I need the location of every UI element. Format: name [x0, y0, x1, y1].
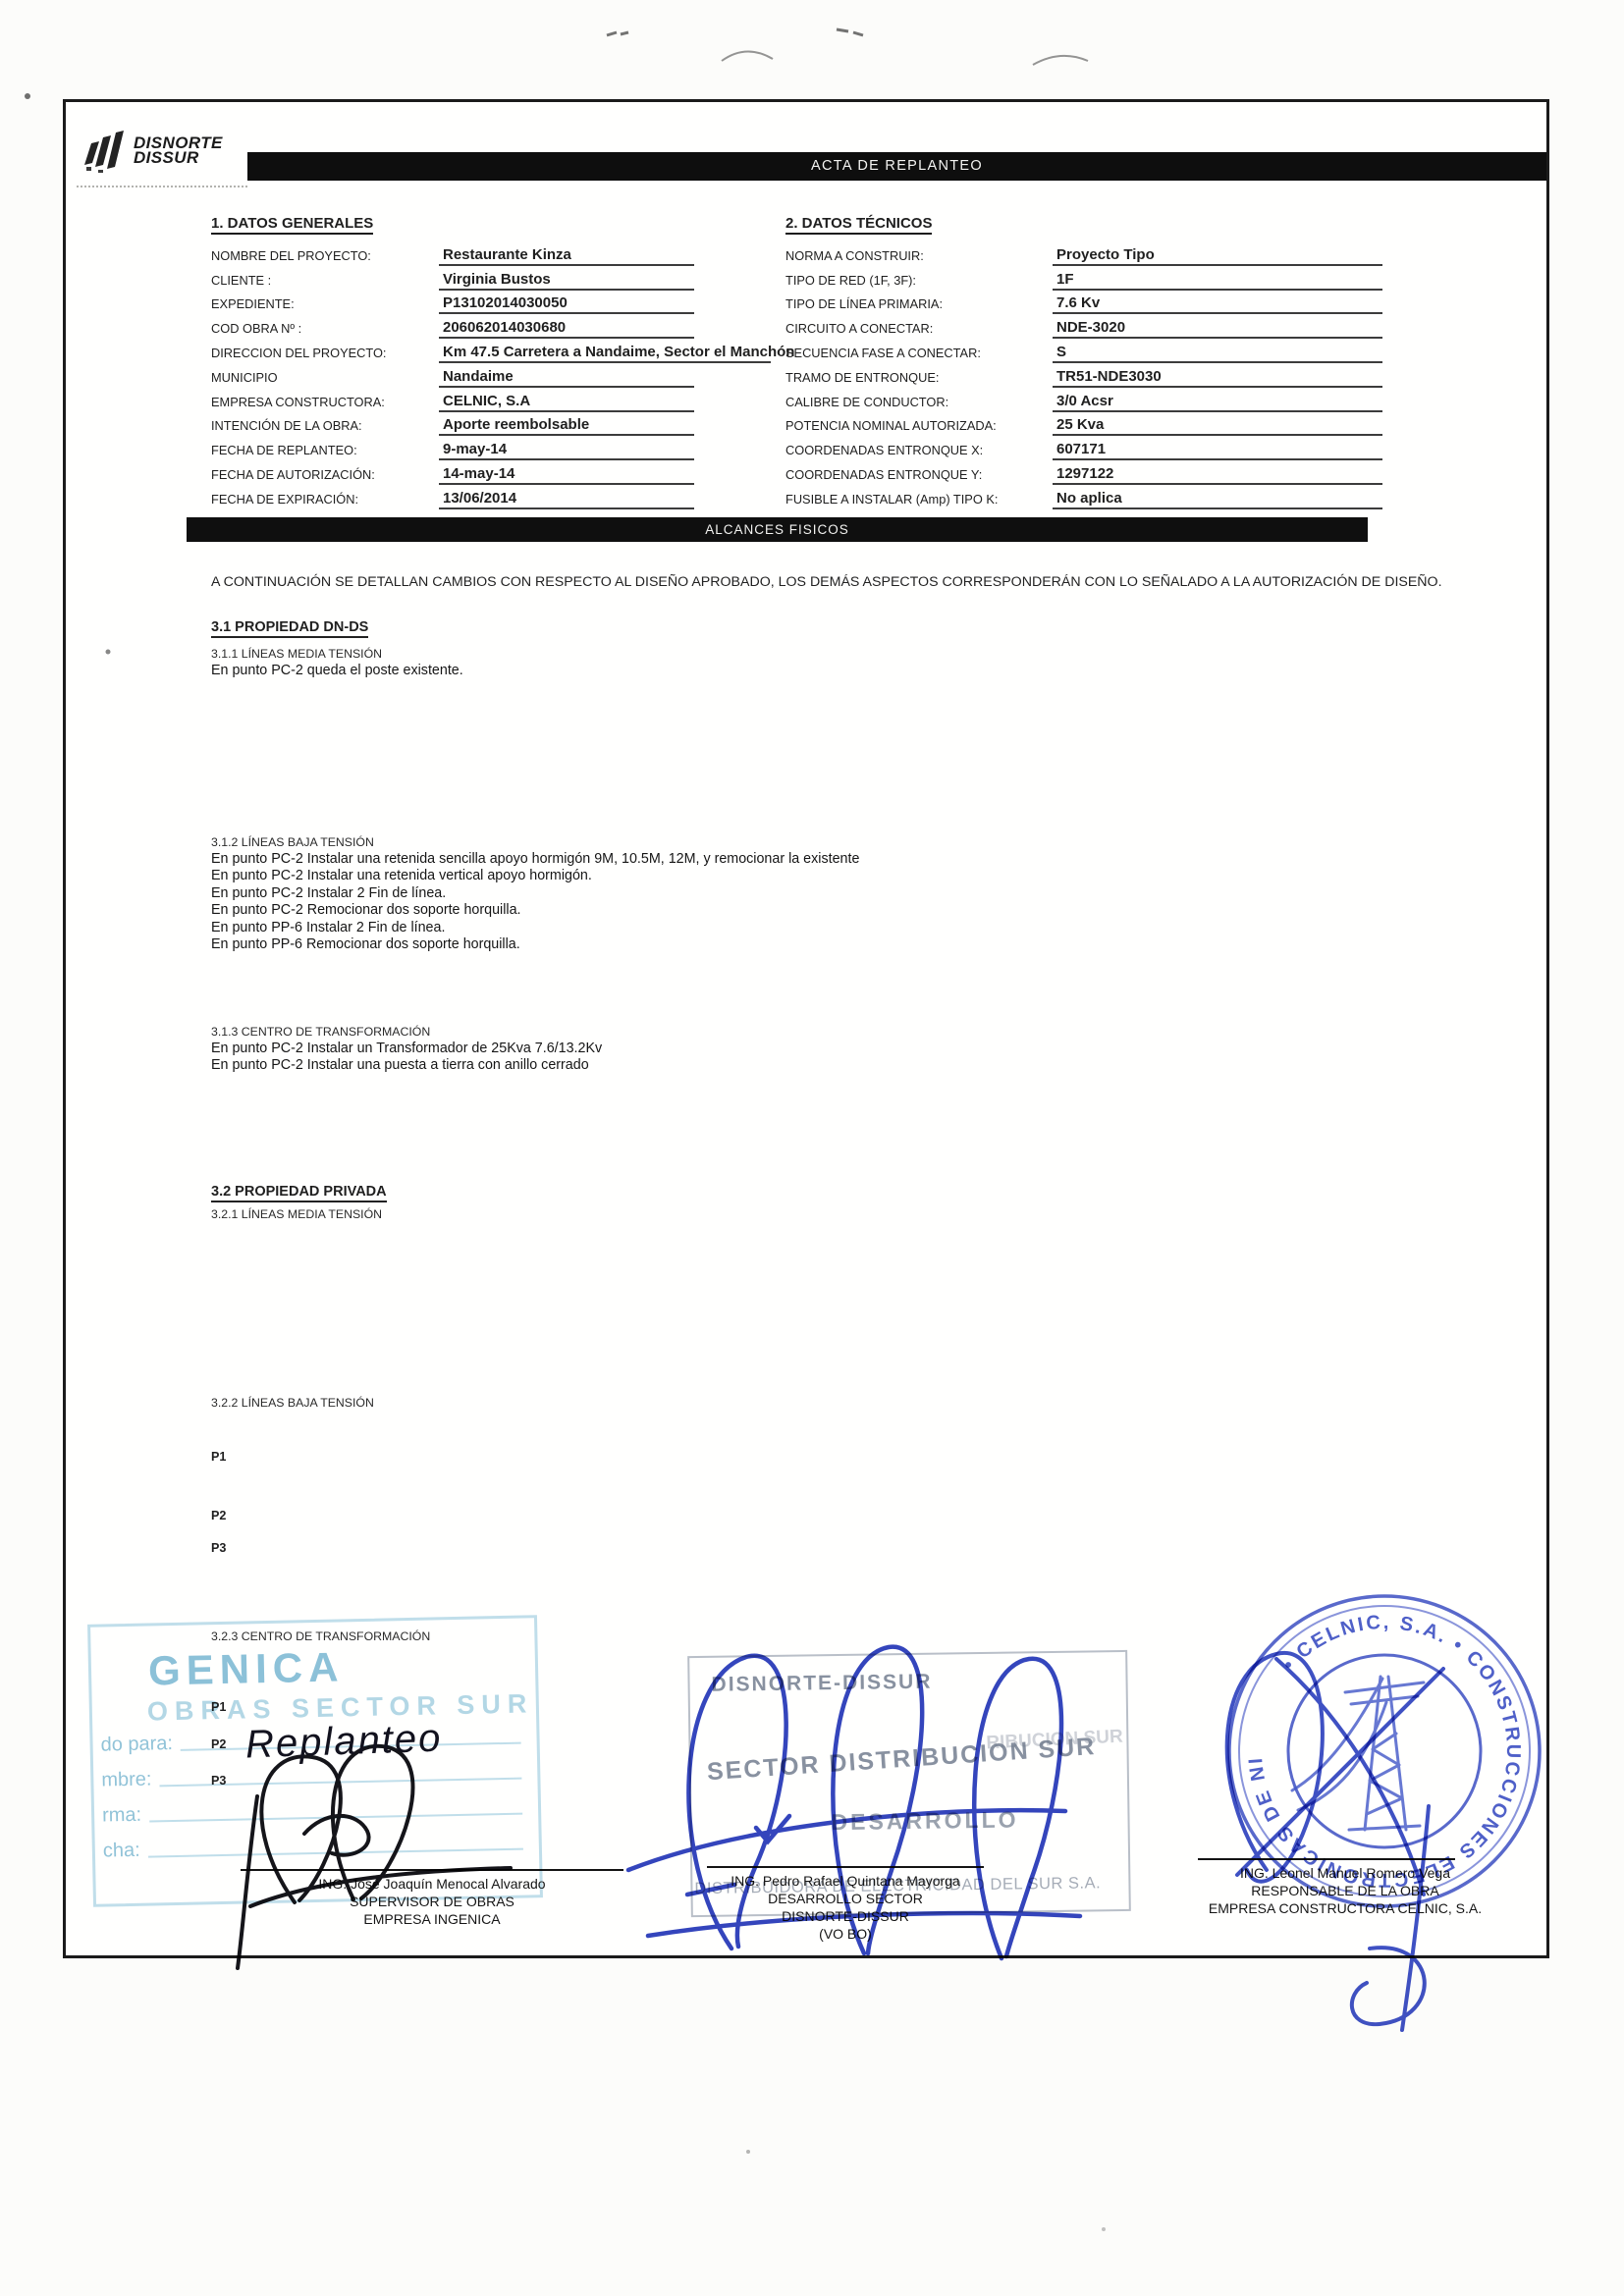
points-3-2-2: P1P2P3 — [211, 1450, 226, 1555]
field-label: FECHA DE AUTORIZACIÓN: — [211, 467, 439, 485]
signer-name: ING. Pedro Rafael Quintana Mayorga — [687, 1872, 1003, 1890]
signature-block-desarrollo: ING. Pedro Rafael Quintana Mayorga DESAR… — [687, 1872, 1003, 1943]
datos-tecnicos-table: NORMA A CONSTRUIR: Proyecto Tipo TIPO DE… — [785, 241, 1414, 509]
field-label: FUSIBLE A INSTALAR (Amp) TIPO K: — [785, 492, 1053, 509]
field-label: CLIENTE : — [211, 273, 439, 291]
field-value: 14-may-14 — [439, 465, 694, 485]
scope-line: En punto PC-2 Instalar 2 Fin de línea. — [211, 885, 859, 902]
lines-3-1-3: En punto PC-2 Instalar un Transformador … — [211, 1041, 602, 1075]
stamp-line-sector: SECTOR DISTRIBUCION SUR — [706, 1733, 1097, 1787]
form-row: COORDENADAS ENTRONQUE X: 607171 — [785, 436, 1414, 460]
field-label: EMPRESA CONSTRUCTORA: — [211, 395, 439, 412]
heading-3-2-2: 3.2.2 LÍNEAS BAJA TENSIÓN — [211, 1396, 374, 1410]
form-row: EMPRESA CONSTRUCTORA: CELNIC, S.A — [211, 388, 771, 412]
field-value: No aplica — [1053, 490, 1382, 509]
field-label: TIPO DE RED (1F, 3F): — [785, 273, 1053, 291]
letterhead-divider — [77, 186, 247, 187]
stamp-field-label: rma: — [102, 1804, 149, 1828]
form-row: TIPO DE LÍNEA PRIMARIA: 7.6 Kv — [785, 291, 1414, 315]
signer-role-line: SUPERVISOR DE OBRAS — [241, 1893, 623, 1910]
field-value: S — [1053, 344, 1382, 363]
scope-line: En punto PC-2 queda el poste existente. — [211, 663, 463, 679]
logo-bars-icon — [79, 126, 130, 175]
scope-line: En punto PP-6 Instalar 2 Fin de línea. — [211, 920, 859, 936]
field-value: P13102014030050 — [439, 294, 694, 314]
stamp-field-label: mbre: — [101, 1768, 160, 1791]
field-label: COORDENADAS ENTRONQUE Y: — [785, 467, 1053, 485]
field-label: COD OBRA Nº : — [211, 321, 439, 339]
field-value: Aporte reembolsable — [439, 416, 694, 436]
disnorte-dissur-logo: DISNORTE DISSUR — [79, 118, 251, 183]
stamp-field-label: do para: — [100, 1733, 181, 1757]
form-row: INTENCIÓN DE LA OBRA: Aporte reembolsabl… — [211, 412, 771, 437]
handwritten-note: Replanteo — [244, 1717, 443, 1768]
field-label: EXPEDIENTE: — [211, 296, 439, 314]
lines-3-1-1: En punto PC-2 queda el poste existente. — [211, 663, 463, 679]
scope-line: En punto PC-2 Remocionar dos soporte hor… — [211, 902, 859, 919]
alcances-fisicos-bar: ALCANCES FISICOS — [187, 517, 1368, 542]
field-label: FECHA DE EXPIRACIÓN: — [211, 492, 439, 509]
form-row: DIRECCION DEL PROYECTO: Km 47.5 Carreter… — [211, 339, 771, 363]
field-value: 7.6 Kv — [1053, 294, 1382, 314]
point-label: P2 — [211, 1509, 226, 1522]
scope-line: En punto PC-2 Instalar un Transformador … — [211, 1041, 602, 1057]
logo-text-line2: DISSUR — [134, 150, 223, 165]
form-row: POTENCIA NOMINAL AUTORIZADA: 25 Kva — [785, 412, 1414, 437]
form-row: FECHA DE REPLANTEO: 9-may-14 — [211, 436, 771, 460]
signer-roles: DESARROLLO SECTORDISNORTE-DISSUR(VO BO) — [687, 1890, 1003, 1943]
field-label: CALIBRE DE CONDUCTOR: — [785, 395, 1053, 412]
scope-line: En punto PC-2 Instalar una puesta a tier… — [211, 1057, 602, 1074]
field-label: FECHA DE REPLANTEO: — [211, 443, 439, 460]
alcances-intro-paragraph: A CONTINUACIÓN SE DETALLAN CAMBIOS CON R… — [211, 574, 1442, 590]
field-label: MUNICIPIO — [211, 370, 439, 388]
field-value: Restaurante Kinza — [439, 246, 694, 266]
field-value: Nandaime — [439, 368, 694, 388]
section-heading-datos-generales: 1. DATOS GENERALES — [211, 215, 373, 235]
form-row: MUNICIPIO Nandaime — [211, 363, 771, 388]
field-value: 1F — [1053, 271, 1382, 291]
field-label: POTENCIA NOMINAL AUTORIZADA: — [785, 418, 1053, 436]
stamp-field-label: cha: — [103, 1840, 148, 1863]
field-value: 3/0 Acsr — [1053, 393, 1382, 412]
scope-line: En punto PP-6 Remocionar dos soporte hor… — [211, 936, 859, 953]
field-value: NDE-3020 — [1053, 319, 1382, 339]
field-value: 607171 — [1053, 441, 1382, 460]
field-value: 13/06/2014 — [439, 490, 694, 509]
heading-3-1-3: 3.1.3 CENTRO DE TRANSFORMACIÓN — [211, 1025, 430, 1039]
form-row: NOMBRE DEL PROYECTO: Restaurante Kinza — [211, 241, 771, 266]
scanned-document-page: DISNORTE DISSUR ACTA DE REPLANTEO 1. DAT… — [0, 0, 1624, 2296]
field-label: CIRCUITO A CONECTAR: — [785, 321, 1053, 339]
form-row: COD OBRA Nº : 206062014030680 — [211, 314, 771, 339]
form-row: COORDENADAS ENTRONQUE Y: 1297122 — [785, 460, 1414, 485]
field-value: Proyecto Tipo — [1053, 246, 1382, 266]
field-value: 206062014030680 — [439, 319, 694, 339]
form-row: FECHA DE AUTORIZACIÓN: 14-may-14 — [211, 460, 771, 485]
form-row: CALIBRE DE CONDUCTOR: 3/0 Acsr — [785, 388, 1414, 412]
lines-3-1-2: En punto PC-2 Instalar una retenida senc… — [211, 851, 859, 953]
field-value: 9-may-14 — [439, 441, 694, 460]
form-row: EXPEDIENTE: P13102014030050 — [211, 291, 771, 315]
signer-role-line: DESARROLLO SECTOR — [687, 1890, 1003, 1907]
point-label: P1 — [211, 1450, 226, 1464]
document-title-bar: ACTA DE REPLANTEO — [247, 152, 1546, 181]
field-value: TR51-NDE3030 — [1053, 368, 1382, 388]
signer-role-line: DISNORTE-DISSUR — [687, 1907, 1003, 1925]
form-row: TRAMO DE ENTRONQUE: TR51-NDE3030 — [785, 363, 1414, 388]
field-value: 25 Kva — [1053, 416, 1382, 436]
stamp-field-row: cha: — [102, 1819, 523, 1863]
field-label: COORDENADAS ENTRONQUE X: — [785, 443, 1053, 460]
heading-3-1-1: 3.1.1 LÍNEAS MEDIA TENSIÓN — [211, 647, 382, 661]
ingenica-stamp-title: GENICA — [148, 1643, 345, 1694]
field-value: CELNIC, S.A — [439, 393, 694, 412]
field-label: DIRECCION DEL PROYECTO: — [211, 346, 439, 363]
field-value: 1297122 — [1053, 465, 1382, 485]
form-row: FUSIBLE A INSTALAR (Amp) TIPO K: No apli… — [785, 485, 1414, 509]
heading-3-1-2: 3.1.2 LÍNEAS BAJA TENSIÓN — [211, 835, 374, 849]
stamp-line-desarrollo: DESARROLLO — [831, 1806, 1018, 1836]
signer-role-line: (VO BO) — [687, 1925, 1003, 1943]
field-value: Virginia Bustos — [439, 271, 694, 291]
celnic-round-seal-stamp: • CELNIC, S.A. • CONSTRUCCIONES ELECTRON… — [1216, 1582, 1553, 1920]
signer-role-line: EMPRESA INGENICA — [241, 1910, 623, 1928]
form-row: CIRCUITO A CONECTAR: NDE-3020 — [785, 314, 1414, 339]
form-row: NORMA A CONSTRUIR: Proyecto Tipo — [785, 241, 1414, 266]
scope-line: En punto PC-2 Instalar una retenida senc… — [211, 851, 859, 868]
signature-block-supervisor: ING. José Joaquín Menocal Alvarado SUPER… — [241, 1875, 623, 1928]
field-value: Km 47.5 Carretera a Nandaime, Sector el … — [439, 344, 771, 363]
form-row: SECUENCIA FASE A CONECTAR: S — [785, 339, 1414, 363]
form-row: FECHA DE EXPIRACIÓN: 13/06/2014 — [211, 485, 771, 509]
heading-3-1: 3.1 PROPIEDAD DN-DS — [211, 619, 368, 638]
point-label: P3 — [211, 1541, 226, 1555]
field-label: TRAMO DE ENTRONQUE: — [785, 370, 1053, 388]
signer-roles: SUPERVISOR DE OBRASEMPRESA INGENICA — [241, 1893, 623, 1928]
field-label: TIPO DE LÍNEA PRIMARIA: — [785, 296, 1053, 314]
field-label: SECUENCIA FASE A CONECTAR: — [785, 346, 1053, 363]
datos-generales-table: NOMBRE DEL PROYECTO: Restaurante Kinza C… — [211, 241, 771, 509]
form-row: TIPO DE RED (1F, 3F): 1F — [785, 266, 1414, 291]
field-label: NORMA A CONSTRUIR: — [785, 248, 1053, 266]
field-label: NOMBRE DEL PROYECTO: — [211, 248, 439, 266]
power-pole-icon — [1292, 1677, 1424, 1830]
heading-3-2: 3.2 PROPIEDAD PRIVADA — [211, 1184, 387, 1202]
field-label: INTENCIÓN DE LA OBRA: — [211, 418, 439, 436]
form-row: CLIENTE : Virginia Bustos — [211, 266, 771, 291]
stamp-line-company: DISNORTE-DISSUR — [711, 1671, 932, 1697]
section-heading-datos-tecnicos: 2. DATOS TÉCNICOS — [785, 215, 932, 235]
scope-line: En punto PC-2 Instalar una retenida vert… — [211, 868, 859, 884]
signer-name: ING. José Joaquín Menocal Alvarado — [241, 1875, 623, 1893]
heading-3-2-1: 3.2.1 LÍNEAS MEDIA TENSIÓN — [211, 1207, 382, 1221]
stamp-field-line — [148, 1848, 523, 1858]
